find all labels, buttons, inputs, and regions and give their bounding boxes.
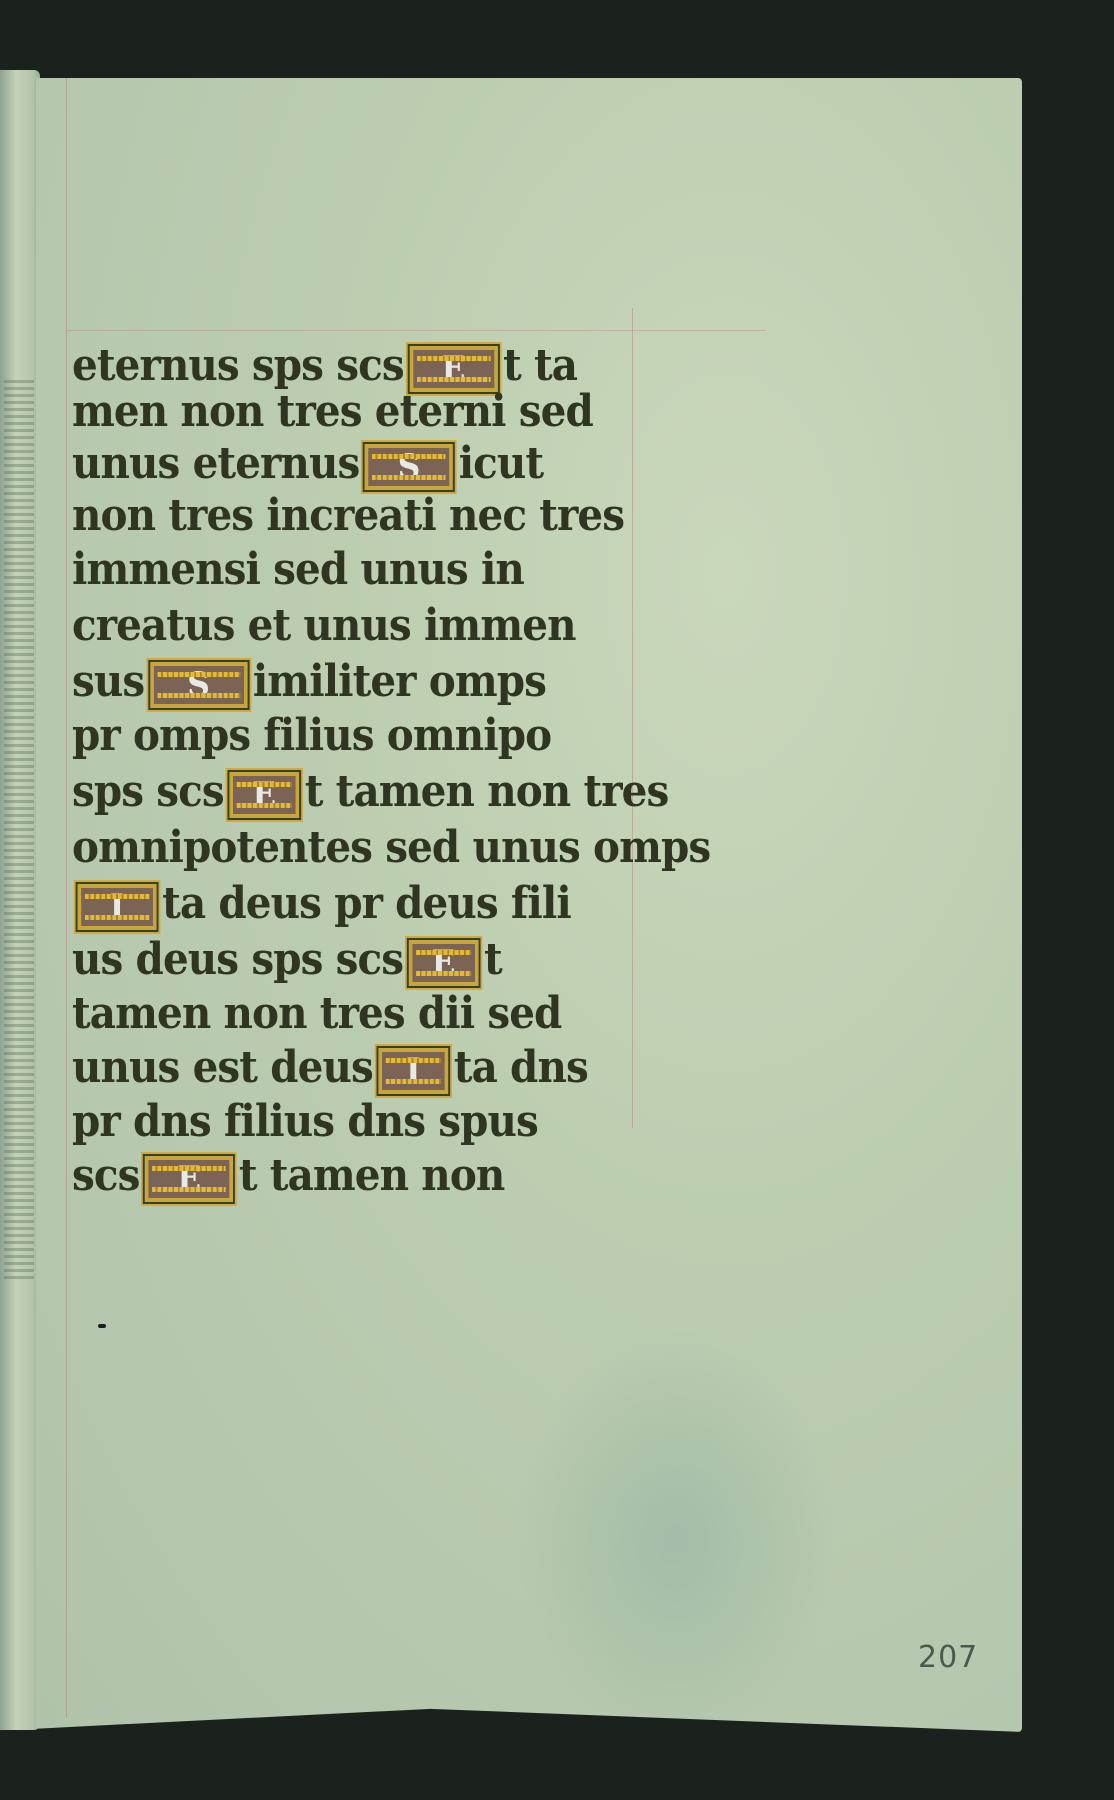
text-line: tamen non tres dii sed: [72, 988, 561, 1040]
illuminated-initial: I: [76, 882, 159, 932]
text-line: immensi sed unus in: [72, 544, 524, 596]
text-line: men non tres eterni sed: [72, 386, 593, 438]
left-margin-ruling: [66, 78, 67, 1718]
text-line: pr omps filius omnipo: [72, 710, 551, 762]
text-line: omnipotentes sed unus omps: [72, 822, 710, 874]
adjacent-page-spine: [0, 70, 40, 1730]
illuminated-initial: E: [227, 770, 301, 820]
parchment-stain: [516, 1328, 836, 1748]
text-line: unus est deusIta dns: [72, 1042, 588, 1094]
text-line: non tres increati nec tres: [72, 490, 624, 542]
folio-number: 207: [918, 1640, 978, 1675]
right-margin-ruling: [632, 308, 633, 1128]
text-line: us deus sps scsEt: [72, 934, 502, 986]
text-line: susSimiliter omps: [72, 656, 546, 708]
illuminated-initial: E: [143, 1154, 235, 1204]
text-line: pr dns filius dns spus: [72, 1096, 538, 1148]
text-line: unus eternusSicut: [72, 438, 543, 490]
illuminated-initial: S: [363, 442, 455, 492]
text-line: sps scsEt tamen non tres: [72, 766, 668, 818]
text-line: eternus sps scsEt ta: [72, 340, 577, 392]
illuminated-initial: I: [377, 1046, 451, 1096]
illuminated-initial: S: [148, 660, 249, 710]
text-line: scsEt tamen non: [72, 1150, 504, 1202]
text-line: Ita deus pr deus fili: [72, 878, 571, 930]
text-line: creatus et unus immen: [72, 600, 576, 652]
ink-spot: [98, 1324, 106, 1328]
spine-text-edge: [4, 380, 34, 1280]
top-ruling: [66, 330, 766, 331]
ink-dot: [742, 1774, 746, 1778]
illuminated-initial: E: [407, 938, 481, 988]
